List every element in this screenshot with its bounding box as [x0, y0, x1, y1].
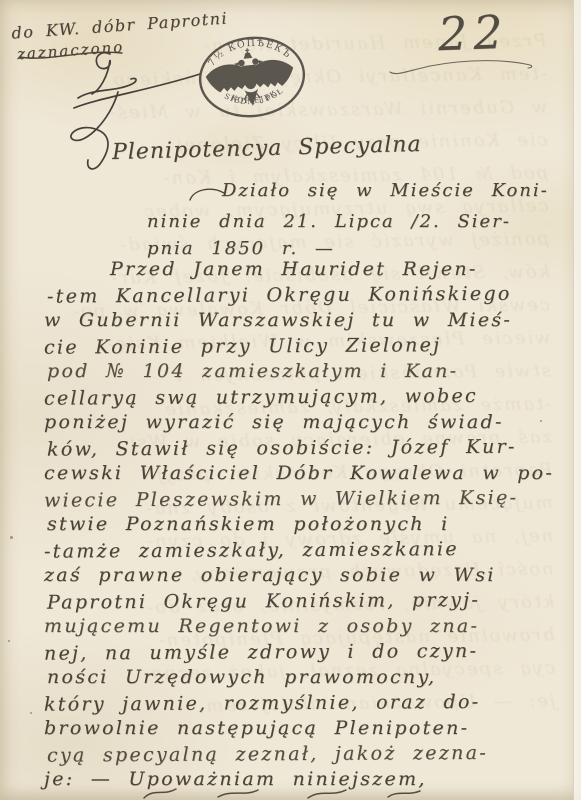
revenue-stamp: 7½ КОПѢЕКЪ KOPIEJEK SIEDM i PÓŁ: [192, 28, 312, 125]
scanned-document-page: Przed Janem Hauridet Rejen--tem Kancella…: [0, 0, 581, 800]
ink-speck: [30, 712, 32, 714]
pen-flourish-icon: [188, 184, 226, 204]
body-text: Przed Janem Hauridet Rejen--tem Kancella…: [44, 257, 569, 793]
text-line: ków, Stawił się osobiście: Józef Kur-: [47, 434, 569, 463]
text-line: który jawnie, rozmyślnie, oraz do-: [44, 689, 569, 718]
text-line: cewski Właściciel Dóbr Kowalewa w po-: [44, 461, 569, 487]
ink-speck: [540, 420, 542, 422]
ink-speck: [8, 640, 10, 642]
text-line: -tem Kancellaryi Okręgu Konińskiego: [47, 281, 569, 310]
text-line: cie Koninie przy Ulicy Zielonej: [44, 332, 569, 361]
text-line: w Gubernii Warszawskiej tu w Mieś-: [44, 308, 569, 334]
text-line: Przed Janem Hauridet Rejen-: [44, 257, 569, 283]
text-line: Paprotni Okręgu Konińskim, przyj-: [47, 587, 569, 616]
underline-flourish-icon: [386, 56, 536, 78]
scan-edge: [573, 0, 581, 800]
page-number: 22: [437, 5, 509, 61]
text-line: cyą specyalną zeznał, jakoż zezna-: [47, 740, 569, 769]
cutoff-line-strokes: [138, 786, 438, 800]
text-line: nej, na umyśle zdrowy i do czyn-: [44, 638, 569, 667]
text-line: poniżej wyrazić się mających świad-: [44, 410, 569, 436]
text-line: cellaryą swą utrzymującym, wobec: [44, 383, 569, 412]
text-line: zaś prawne obierający sobie w Wsi: [44, 563, 569, 589]
ink-speck: [10, 536, 13, 539]
text-line: -tamże zamieszkały, zamieszkanie: [44, 536, 569, 565]
text-line: ności Urzędowych prawomocny,: [47, 665, 569, 691]
text-line: wiecie Pleszewskim w Wielkiem Księ-: [44, 485, 569, 514]
text-line: stwie Poznańskiem położonych i: [47, 512, 569, 538]
dateline-line: Działo się w Mieście Koni-: [222, 180, 549, 201]
text-line: pod № 104 zamieszkałym i Kan-: [47, 359, 569, 385]
text-line: browolnie następującą Plenipoten-: [44, 716, 569, 742]
dateline-line: pnia 1850 r. —: [147, 238, 335, 259]
text-line: mującemu Regentowi z osoby zna-: [44, 614, 569, 640]
dateline-line: ninie dnia 21. Lipca /2. Sier-: [147, 211, 511, 232]
